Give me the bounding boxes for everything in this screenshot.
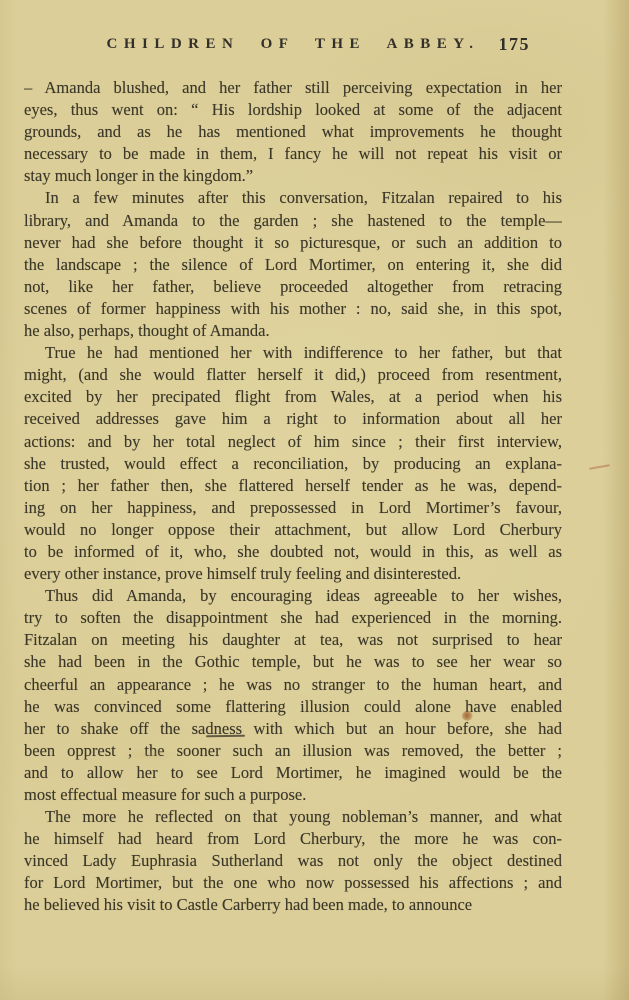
text-line: excited by her precipated flight from Wa… <box>24 386 562 408</box>
text-line: most effectual measure for such a purpos… <box>24 784 562 806</box>
foxing-spot-mark <box>462 711 473 721</box>
text-line: never had she before thought it so pictu… <box>24 232 562 254</box>
text-line: library, and Amanda to the garden ; she … <box>24 210 562 232</box>
text-line: ing on her happiness, and prepossessed i… <box>24 497 562 519</box>
running-title: CHILDREN OF THE ABBEY. <box>24 36 562 53</box>
faint-stain <box>120 748 180 762</box>
text-line: True he had mentioned her with indiffere… <box>24 342 562 364</box>
page-body: – Amanda blushed, and her father still p… <box>24 77 562 917</box>
text-line: the landscape ; the silence of Lord Mort… <box>24 254 562 276</box>
text-line: tion ; her father then, she flattered he… <box>24 475 562 497</box>
text-line: actions: and by her total neglect of him… <box>24 431 562 453</box>
text-line: Fitzalan on meeting his daughter at tea,… <box>24 629 562 651</box>
text-line: he was convinced some flattering illusio… <box>24 696 562 718</box>
text-line: been opprest ; the sooner such an illusi… <box>24 740 562 762</box>
text-line: and to allow her to see Lord Mortimer, h… <box>24 762 562 784</box>
text-line: he believed his visit to Castle Carberry… <box>24 894 562 916</box>
text-line: might, (and she would flatter herself it… <box>24 364 562 386</box>
paragraph: The more he reflected on that young nobl… <box>24 806 562 916</box>
text-line: would no longer oppose their attachment,… <box>24 519 562 541</box>
text-line: every other instance, prove himself trul… <box>24 563 562 585</box>
text-line: for Lord Mortimer, but the one who now p… <box>24 872 562 894</box>
text-line: – Amanda blushed, and her father still p… <box>24 77 562 99</box>
text-line: In a few minutes after this conversation… <box>24 187 562 209</box>
paragraph: – Amanda blushed, and her father still p… <box>24 77 562 187</box>
text-line: necessary to be made in them, I fancy he… <box>24 143 562 165</box>
page-number: 175 <box>499 34 531 55</box>
paragraph: In a few minutes after this conversation… <box>24 187 562 342</box>
text-line: to be informed of it, who, she doubted n… <box>24 541 562 563</box>
text-line: grounds, and as he has mentioned what im… <box>24 121 562 143</box>
book-page-scan: CHILDREN OF THE ABBEY. 175 – Amanda blus… <box>0 0 629 1000</box>
text-line: not, like her father, believe proceeded … <box>24 276 562 298</box>
text-line: Thus did Amanda, by encouraging ideas ag… <box>24 585 562 607</box>
paragraph: True he had mentioned her with indiffere… <box>24 342 562 585</box>
text-line: her to shake off the sadness with which … <box>24 718 562 740</box>
text-line: she had been in the Gothic temple, but h… <box>24 651 562 673</box>
pen-underline-mark <box>206 735 245 737</box>
text-line: cheerful an appearance ; he was no stran… <box>24 674 562 696</box>
text-line: he also, perhaps, thought of Amanda. <box>24 320 562 342</box>
text-line: scenes of former happiness with his moth… <box>24 298 562 320</box>
text-line: try to soften the disappointment she had… <box>24 607 562 629</box>
text-line: she trusted, would effect a reconciliati… <box>24 453 562 475</box>
running-header: CHILDREN OF THE ABBEY. 175 <box>24 36 562 58</box>
text-line: stay much longer in the kingdom.” <box>24 165 562 187</box>
text-line: he himself had heard from Lord Cherbury,… <box>24 828 562 850</box>
text-line: vinced Lady Euphrasia Sutherland was not… <box>24 850 562 872</box>
red-scratch-mark <box>589 464 610 470</box>
paragraph: Thus did Amanda, by encouraging ideas ag… <box>24 585 562 806</box>
text-line: The more he reflected on that young nobl… <box>24 806 562 828</box>
text-line: eyes, thus went on: “ His lordship looke… <box>24 99 562 121</box>
text-line: received addresses gave him a right to i… <box>24 408 562 430</box>
